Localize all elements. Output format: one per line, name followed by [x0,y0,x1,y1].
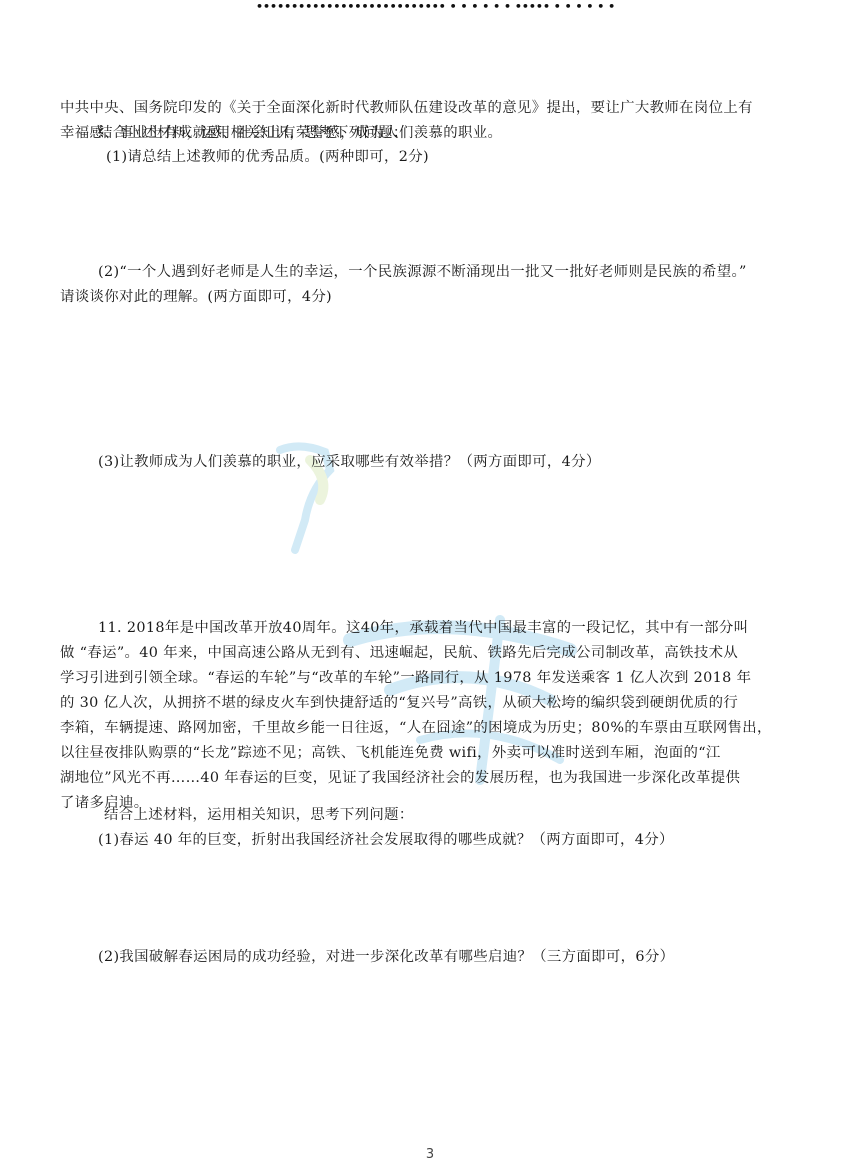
passage-line-6: 以往昼夜排队购票的“长龙”踪迹不见；高铁、飞机能连免费 wifi，外卖可以准时送… [60,741,721,766]
section1-question-2-line1: (2)“一个人遇到好老师是人生的幸运，一个民族源源不断涌现出一批又一批好老师则是… [98,260,747,285]
section1-question-2-line2: 请谈谈你对此的理解。(两方面即可，4分) [60,285,332,310]
passage-line-3: 学习引进到引领全球。“春运的车轮”与“改革的车轮”一路同行，从 1978 年发送… [60,666,751,691]
passage-line-7: 湖地位”风光不再……40 年春运的巨变，见证了我国经济社会的发展历程，也为我国进… [60,766,740,791]
passage-line-1: 11. 2018年是中国改革开放40周年。这40年，承载着当代中国最丰富的一段记… [98,616,748,641]
section1-question-3: (3)让教师成为人们羡慕的职业，应采取哪些有效举措？（两方面即可，4分） [98,450,601,475]
passage-line-4: 的 30 亿人次，从拥挤不堪的绿皮火车到快捷舒适的“复兴号”高铁，从硕大松垮的编… [60,691,738,716]
header-dot-leader: ••••••••••••••••••••••••••• • • • • • • … [256,0,606,14]
intro-line-1: 中共中央、国务院印发的《关于全面深化新时代教师队伍建设改革的意见》提出，要让广大… [60,96,800,121]
section2-question-2: (2)我国破解春运困局的成功经验，对进一步深化改革有哪些启迪？（三方面即可，6分… [98,945,674,970]
section1-prompt: 结合上述材料，运用相关知识，思考下列问题： [98,121,408,146]
section2-prompt: 结合上述材料，运用相关知识，思考下列问题： [104,803,414,828]
page-number: 3 [0,1147,860,1162]
section1-question-1: (1)请总结上述教师的优秀品质。(两种即可，2分) [106,145,429,170]
passage-line-5: 李箱，车辆提速、路网加密，千里故乡能一日往返，“人在囧途”的困境成为历史；80%… [60,716,772,741]
section2-question-1: (1)春运 40 年的巨变，折射出我国经济社会发展取得的哪些成就？（两方面即可，… [98,828,674,853]
passage-line-2: 做 “春运”。40 年来，中国高速公路从无到有、迅速崛起，民航、铁路先后完成公司… [60,641,738,666]
